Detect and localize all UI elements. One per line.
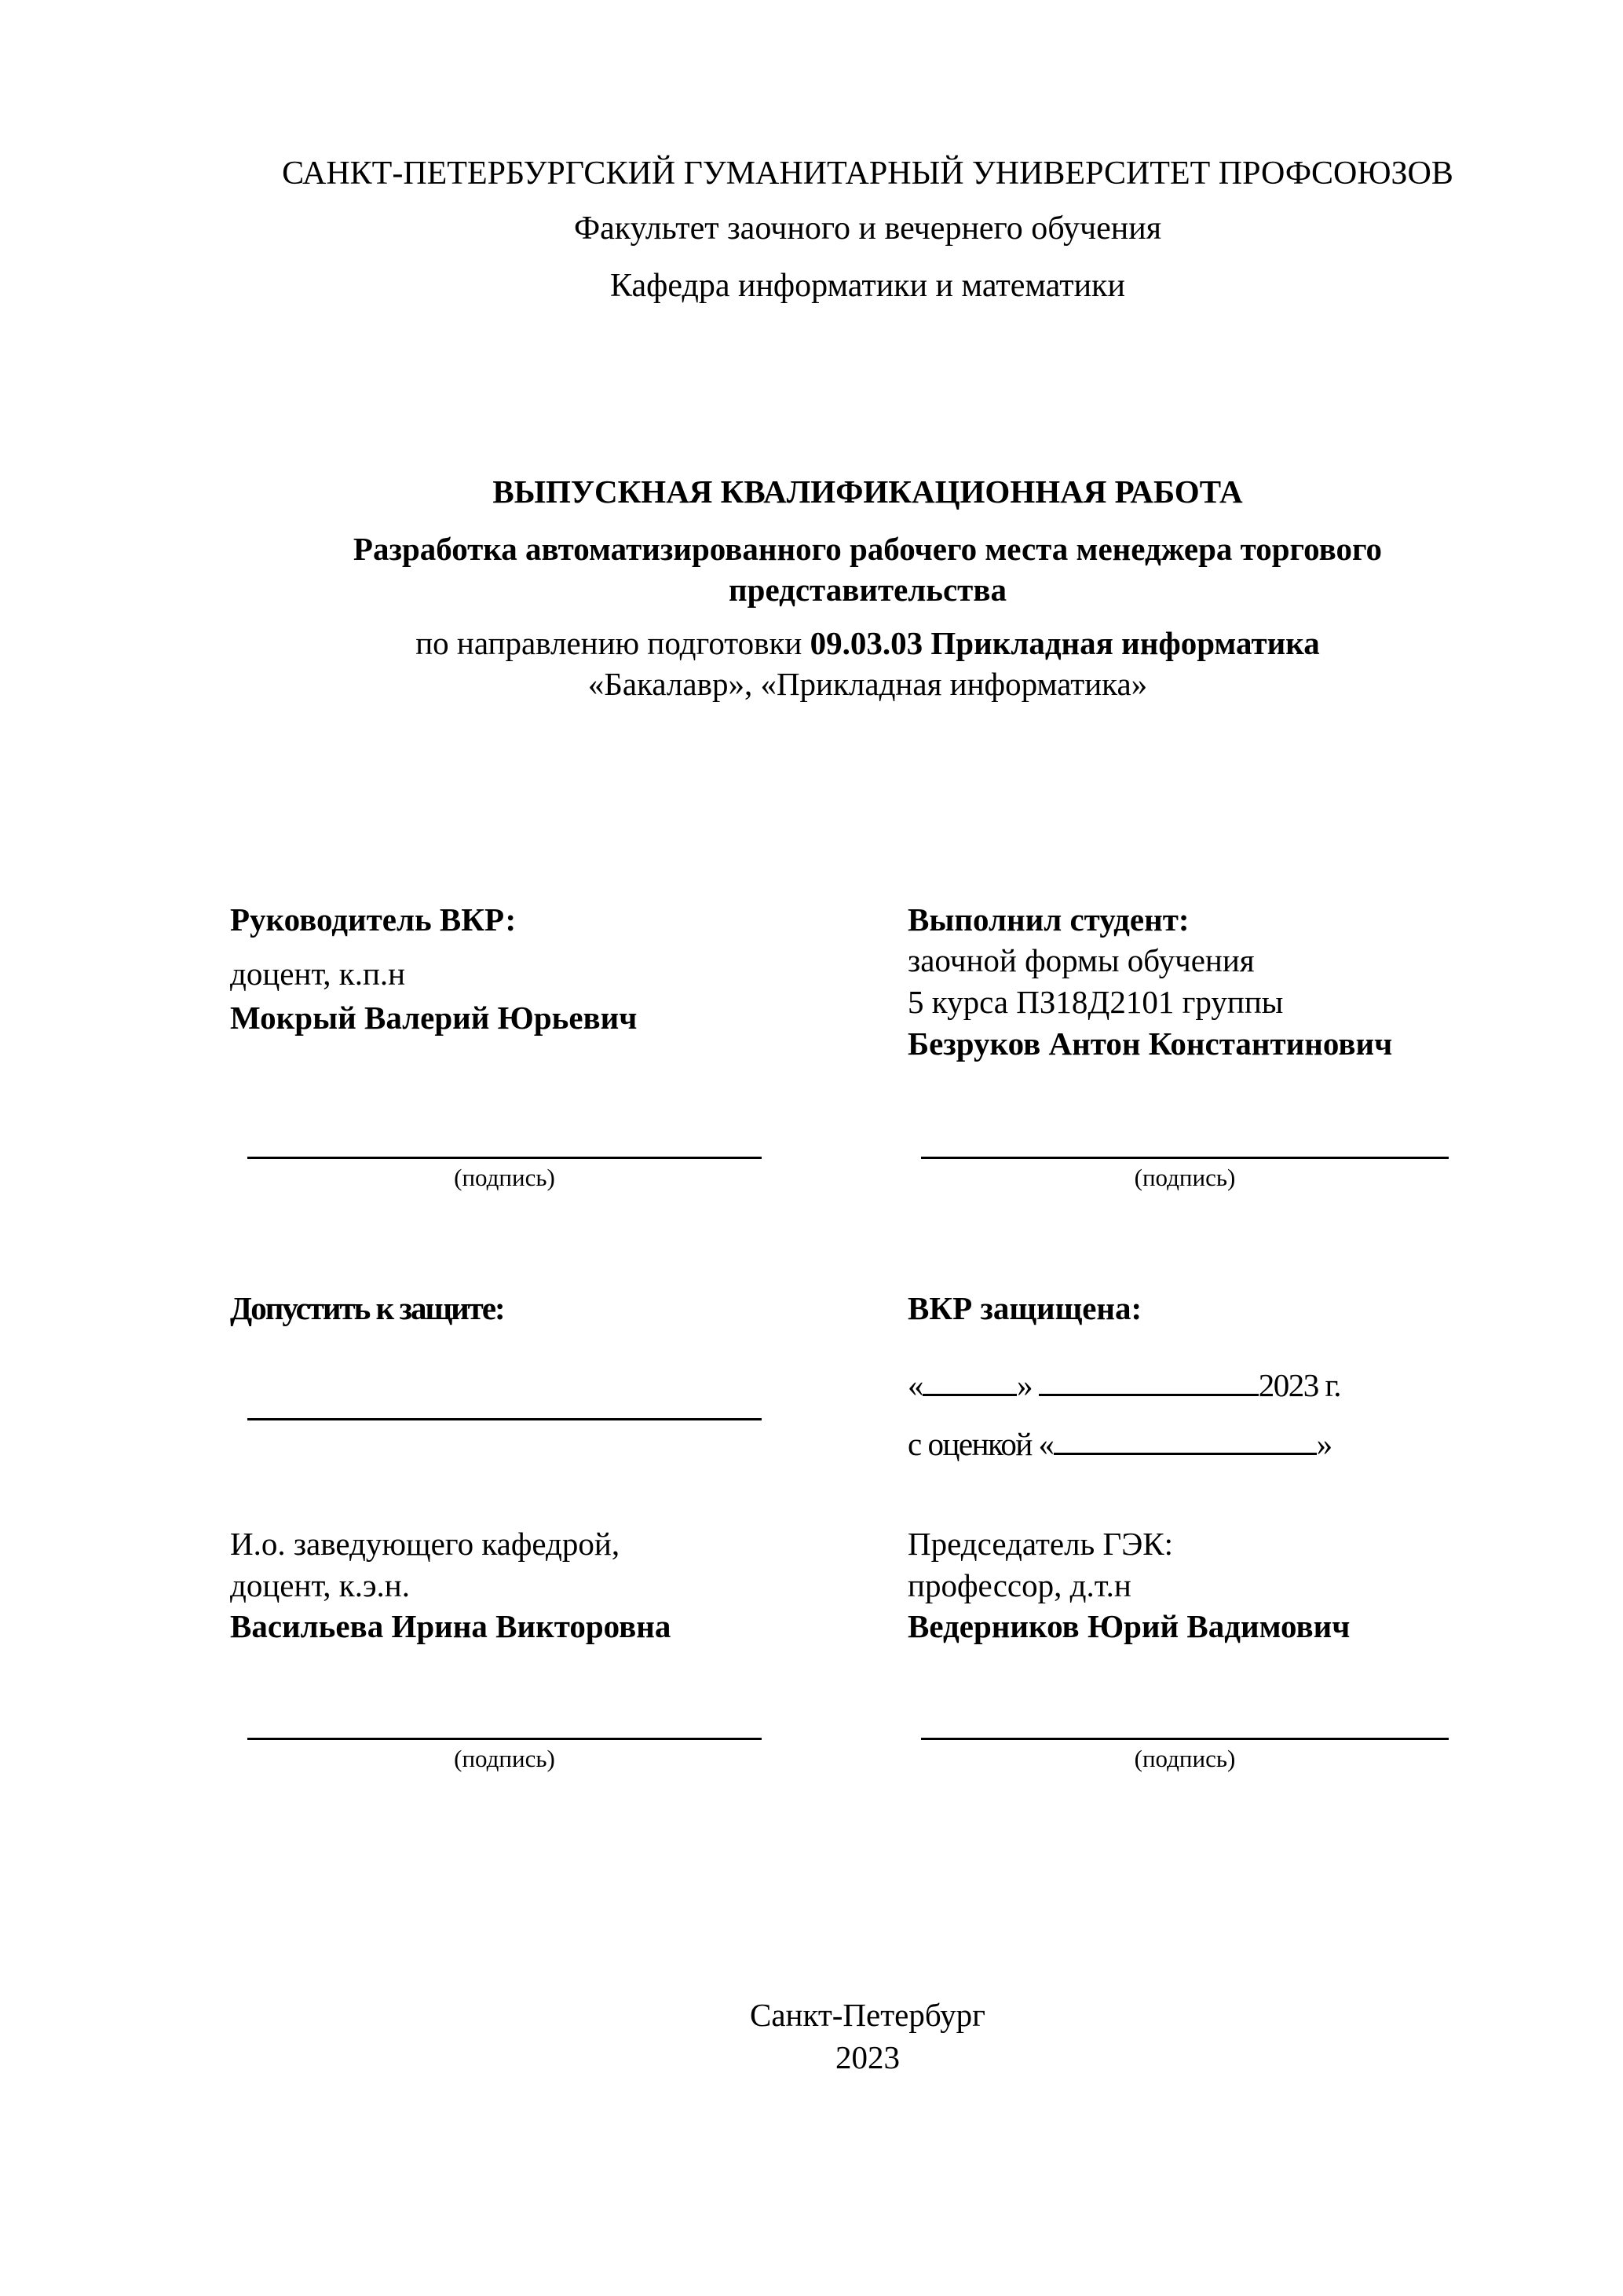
date-close-quote: » — [1017, 1367, 1032, 1403]
student-study-form: заочной формы обучения — [908, 945, 1255, 977]
gek-signature-caption: (подпись) — [921, 1746, 1449, 1771]
footer-year: 2023 — [0, 2042, 1623, 2074]
department-name: Кафедра информатики и математики — [0, 269, 1623, 302]
admission-heading: Допустить к защите: — [230, 1292, 504, 1325]
hod-signature-caption: (подпись) — [247, 1746, 762, 1771]
hod-signature-line — [247, 1738, 762, 1740]
footer-city: Санкт-Петербург — [0, 1999, 1623, 2031]
hod-name: Васильева Ирина Викторовна — [230, 1610, 671, 1643]
student-signature-caption: (подпись) — [921, 1165, 1449, 1190]
student-signature-line — [921, 1157, 1449, 1159]
gek-role: Председатель ГЭК: — [908, 1528, 1173, 1560]
supervisor-name: Мокрый Валерий Юрьевич — [230, 1002, 637, 1034]
faculty-name: Факультет заочного и вечернего обучения — [0, 212, 1623, 245]
gek-signature-line — [921, 1738, 1449, 1740]
month-blank — [1039, 1367, 1259, 1396]
grade-suffix: » — [1317, 1426, 1332, 1462]
student-name: Безруков Антон Константинович — [908, 1028, 1392, 1060]
admission-signature-line — [247, 1418, 762, 1420]
student-heading: Выполнил студент: — [908, 904, 1190, 936]
direction-code-name: 09.03.03 Прикладная информатика — [810, 625, 1320, 661]
supervisor-signature-line — [247, 1157, 762, 1159]
degree-profile: «Бакалавр», «Прикладная информатика» — [0, 668, 1623, 700]
date-open-quote: « — [908, 1367, 923, 1403]
hod-role: И.о. заведующего кафедрой, — [230, 1528, 620, 1560]
defense-date-line: «» 2023 г. — [908, 1367, 1340, 1402]
topic-line-2: представительства — [0, 574, 1623, 606]
supervisor-position: доцент, к.п.н — [230, 958, 405, 990]
defense-year: 2023 г. — [1259, 1367, 1340, 1403]
study-direction: по направлению подготовки 09.03.03 Прикл… — [0, 627, 1623, 660]
hod-position: доцент, к.э.н. — [230, 1570, 410, 1602]
gek-position: профессор, д.т.н — [908, 1570, 1131, 1602]
supervisor-signature-caption: (подпись) — [247, 1165, 762, 1190]
defense-heading: ВКР защищена: — [908, 1292, 1142, 1325]
day-blank — [923, 1367, 1017, 1396]
work-type-title: ВЫПУСКНАЯ КВАЛИФИКАЦИОННАЯ РАБОТА — [0, 476, 1623, 508]
university-name: САНКТ-ПЕТЕРБУРГСКИЙ ГУМАНИТАРНЫЙ УНИВЕРС… — [0, 157, 1623, 190]
grade-blank — [1054, 1426, 1317, 1455]
grade-prefix: с оценкой « — [908, 1426, 1054, 1462]
student-course-group: 5 курса ПЗ18Д2101 группы — [908, 986, 1283, 1018]
direction-prefix: по направлению подготовки — [415, 625, 810, 661]
supervisor-heading: Руководитель ВКР: — [230, 904, 516, 936]
topic-line-1: Разработка автоматизированного рабочего … — [0, 533, 1623, 565]
defense-grade-line: с оценкой «» — [908, 1426, 1332, 1461]
gek-name: Ведерников Юрий Вадимович — [908, 1610, 1350, 1643]
